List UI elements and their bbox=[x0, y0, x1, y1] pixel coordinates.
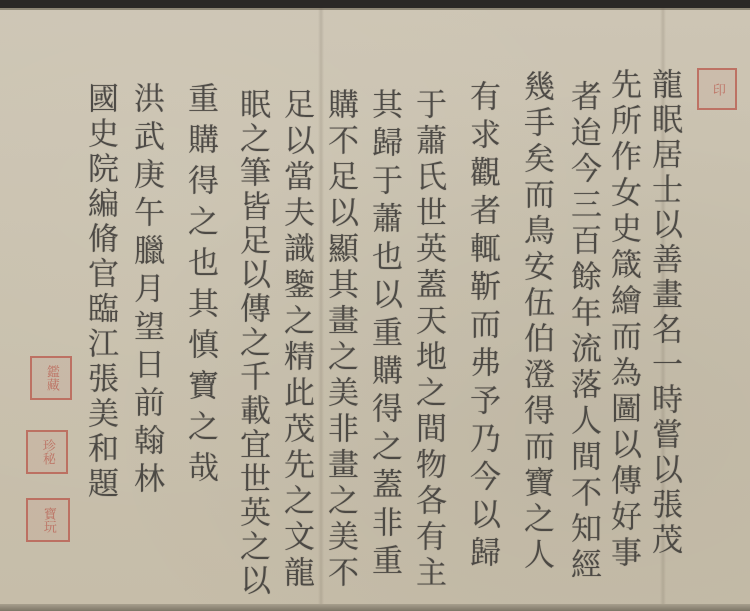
seal-left-lower: 寶玩 bbox=[26, 498, 70, 542]
calligraphy-column-12: 洪武庚午臘月望日前翰林 bbox=[130, 82, 161, 500]
calligraphy-column-6: 于蕭氏世英蓋天地之間物各有主 bbox=[412, 88, 443, 592]
calligraphy-column-4: 幾手矣而鳥安伍伯澄得而寶之人 bbox=[520, 70, 551, 574]
calligraphy-column-7: 其歸于蕭也以重購得之蓋非重 bbox=[368, 88, 399, 582]
seal-top-right: 印 bbox=[697, 68, 737, 110]
calligraphy-column-5: 有求觀者輒靳而弗予乃今以歸 bbox=[466, 80, 497, 574]
calligraphy-column-9: 足以當夫識鑒之精此茂先之文龍 bbox=[280, 88, 311, 592]
scroll-bottom-edge bbox=[0, 604, 750, 611]
seal-left-middle: 珍秘 bbox=[26, 430, 68, 474]
calligraphy-column-13: 國史院編脩官臨江張美和題 bbox=[84, 82, 115, 502]
calligraphy-column-10: 眠之筆皆足以傳之千載宜世英之以 bbox=[236, 88, 267, 598]
seal-left-upper: 鑑藏 bbox=[30, 356, 72, 400]
calligraphy-column-11: 重購得之也其慎寶之哉 bbox=[184, 82, 215, 492]
calligraphy-column-8: 購不足以顯其畫之美非畫之美不 bbox=[324, 88, 355, 592]
calligraphy-column-2: 先所作女史箴繪而為圖以傳好事 bbox=[607, 68, 638, 572]
calligraphy-column-3: 者迨今三百餘年流落人間不知經 bbox=[567, 80, 598, 584]
calligraphy-column-1: 龍眠居士以善畫名一時嘗以張茂 bbox=[648, 68, 679, 558]
